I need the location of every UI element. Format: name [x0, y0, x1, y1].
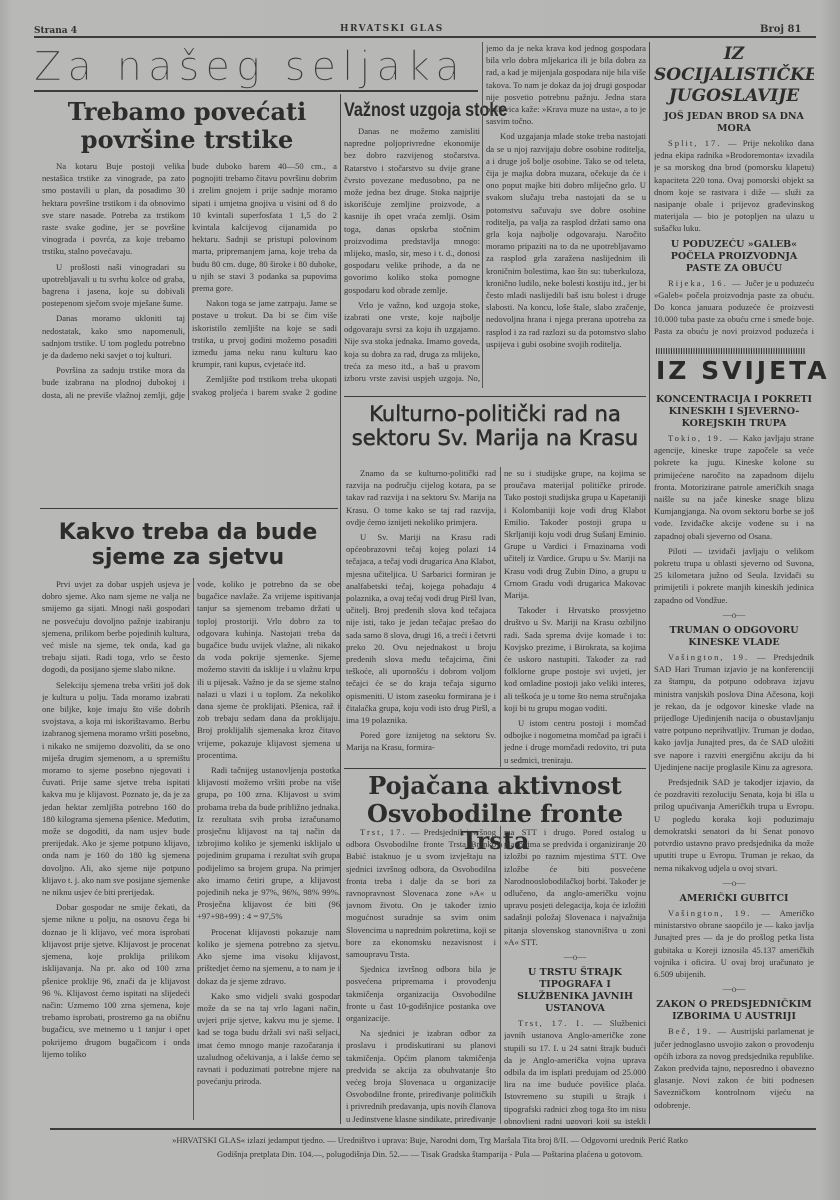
headline-sjeme: Kakvo treba da bude sjeme za sjetvu	[38, 520, 338, 571]
section-title: Za našeg seljaka	[34, 44, 466, 90]
footer-imprint: »HRVATSKI GLAS« izlazi jedamput tjedno. …	[40, 1133, 820, 1161]
dateline: Trst, 17. —	[360, 827, 421, 837]
section-title-rule	[34, 90, 478, 92]
subheadline: AMERIČKI GUBITCI	[654, 893, 814, 905]
article-sjeme-col1: Prvi uvjet za dobar uspjeh usjeva je dob…	[42, 578, 190, 1120]
column-divider	[188, 160, 189, 400]
article-kulturno-col2: ne su i studijske grupe, na kojima se pr…	[504, 467, 646, 767]
article-trst-col1: Trst, 17. — Predsjednik izvršnog odbora …	[346, 826, 496, 1124]
article-divider	[344, 396, 646, 397]
header-rule	[34, 36, 816, 38]
headline-kulturno: Kulturno-politički rad na sektoru Sv. Ma…	[344, 402, 646, 450]
article-stoka-col2: jemo da je neka krava kod jednog gospoda…	[486, 42, 646, 388]
dateline: Tokio, 19. —	[668, 433, 740, 443]
article-divider	[344, 768, 646, 769]
sidebar-title-yugoslavia: IZ SOCIJALISTIČKE JUGOSLAVIJE	[654, 44, 814, 107]
subheadline: TRUMAN O ODGOVORU KINESKE VLADE	[654, 625, 814, 649]
dateline: Vašington, 19. —	[668, 652, 768, 662]
section-divider-hatch	[656, 348, 806, 354]
article-divider	[40, 508, 338, 509]
article-trst-col2: ma STT i drugo. Pored ostalog u planovim…	[504, 826, 646, 1124]
dateline: Trst, 17. I. —	[518, 1018, 604, 1028]
sidebar-world: KONCENTRACIJA I POKRETI KINESKIH I SJEVE…	[654, 390, 814, 1124]
subheadline: U PODUZEĆU »GALEB« POČELA PROIZVODNJA PA…	[654, 239, 814, 275]
dateline: Rijeka, 16. —	[668, 278, 743, 288]
newspaper-name: HRVATSKI GLAS	[340, 24, 444, 34]
subheadline-strike: U TRSTU ŠTRAJK TIPOGRAFA I SLUŽBENIKA JA…	[504, 967, 646, 1015]
page-number: Strana 4	[34, 26, 77, 36]
subheadline: ZAKON O PREDSJEDNIČKIM IZBORIMA U AUSTRI…	[654, 999, 814, 1023]
dateline: Beč, 19. —	[668, 1026, 728, 1036]
headline-trstike: Trebamo povećati površine trstike	[52, 98, 322, 153]
newspaper-page: Strana 4 HRVATSKI GLAS Broj 81 Za našeg …	[0, 0, 840, 1200]
column-divider	[193, 578, 194, 1120]
column-divider	[482, 42, 483, 388]
footer-line-1: »HRVATSKI GLAS« izlazi jedamput tjedno. …	[40, 1133, 820, 1147]
article-trstike-col1: Na kotaru Buje postoji velika nestašica …	[42, 160, 185, 400]
column-divider	[500, 467, 501, 767]
subheadline: JOŠ JEDAN BROD SA DNA MORA	[654, 111, 814, 135]
issue-number: Broj 81	[760, 24, 801, 35]
sidebar-title-world: IZ SVIJETA	[656, 356, 830, 385]
article-stoka-col1: Danas ne možemo zamisliti napredne poljo…	[344, 125, 480, 385]
footer-line-2: Godišnja pretplata Din. 104.—, polugodiš…	[40, 1147, 820, 1161]
column-divider	[649, 42, 650, 1124]
article-sjeme-col2: vode, koliko je potrebno da se obe bugač…	[197, 578, 340, 1120]
dateline: Split, 17. —	[668, 138, 738, 148]
article-trstike-col2: bude duboko barem 40—50 cm., a pognojiti…	[192, 160, 337, 400]
sidebar-yugoslavia: IZ SOCIJALISTIČKE JUGOSLAVIJE JOŠ JEDAN …	[654, 44, 814, 340]
separator: —o—	[654, 609, 814, 621]
column-divider	[340, 94, 341, 1124]
footer-rule	[50, 1128, 816, 1130]
subheadline: KONCENTRACIJA I POKRETI KINESKIH I SJEVE…	[654, 394, 814, 430]
article-kulturno-col1: Znamo da se kulturno-politički rad razvi…	[346, 467, 496, 767]
dateline: Vašington, 19. —	[668, 908, 772, 918]
separator: —o—	[504, 951, 646, 963]
separator: —o—	[654, 877, 814, 889]
separator: —o—	[654, 983, 814, 995]
column-divider	[500, 826, 501, 1124]
